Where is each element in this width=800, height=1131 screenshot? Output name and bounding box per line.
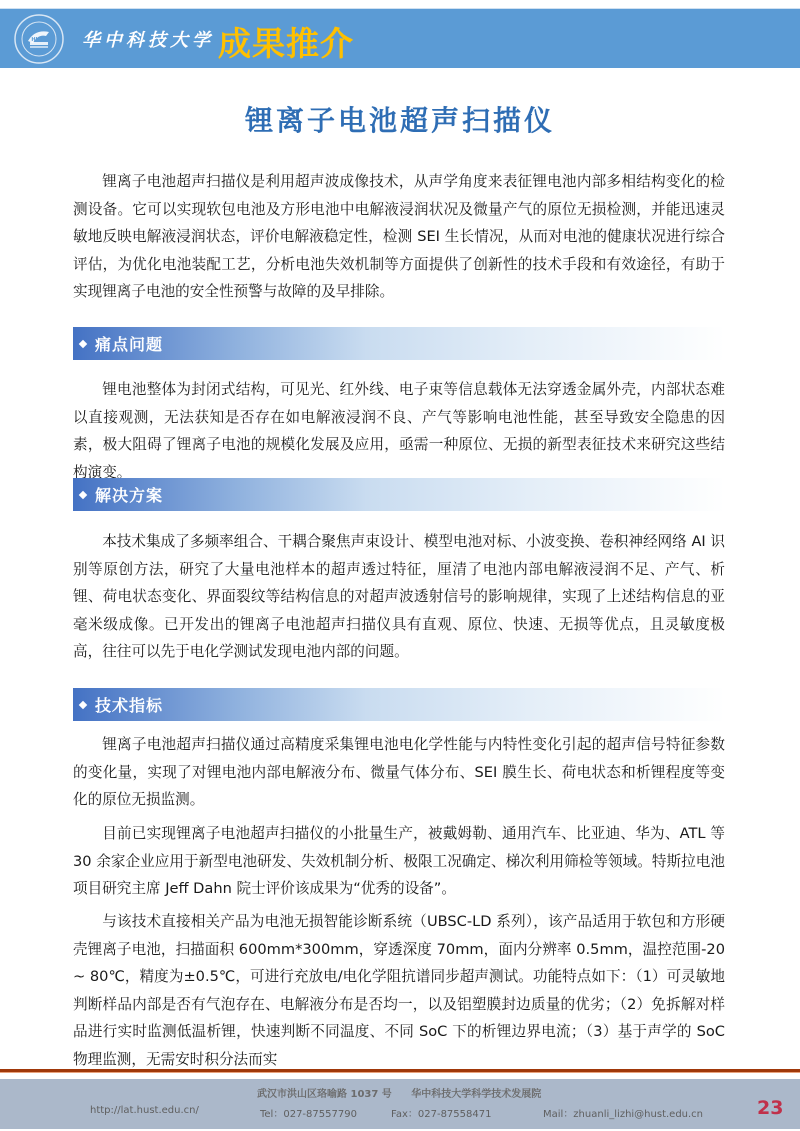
solution-paragraph: 本技术集成了多频率组合、干耦合聚焦声束设计、模型电池对标、小波变换、卷积神经网络… [73, 528, 725, 666]
footer-mail-link[interactable]: Mail：zhuanli_lizhi@hust.edu.cn [543, 1105, 703, 1120]
diamond-bullet-icon [79, 490, 87, 498]
tech-specs-paragraph-3: 与该技术直接相关产品为电池无损智能诊断系统（UBSC-LD 系列），该产品适用于… [73, 908, 725, 1074]
footer-address: 武汉市洪山区珞喻路 1037 号 [257, 1089, 392, 1100]
section-heading-label: 解决方案 [95, 483, 163, 506]
section-heading-tech-specs: 技术指标 [73, 688, 725, 721]
brand-tag: 成果推介 [218, 18, 354, 65]
footer-address-line: 武汉市洪山区珞喻路 1037 号 华中科技大学科学技术发展院 [257, 1085, 541, 1100]
tech-specs-paragraph-1: 锂离子电池超声扫描仪通过高精度采集锂电池电化学性能与内特性变化引起的超声信号特征… [73, 731, 725, 814]
section-heading-pain-points: 痛点问题 [73, 327, 725, 360]
section-heading-label: 痛点问题 [95, 332, 163, 355]
hust-emblem-icon: HUST [13, 13, 65, 65]
diamond-bullet-icon [79, 339, 87, 347]
svg-text:HUST: HUST [31, 37, 47, 43]
footer-website-link[interactable]: http://lat.hust.edu.cn/ [90, 1105, 199, 1116]
diamond-bullet-icon [79, 700, 87, 708]
section-heading-label: 技术指标 [95, 693, 163, 716]
footer-institute: 华中科技大学科学技术发展院 [411, 1089, 541, 1100]
footer: 武汉市洪山区珞喻路 1037 号 华中科技大学科学技术发展院 http://la… [0, 1079, 800, 1129]
page-title: 锂离子电池超声扫描仪 [0, 99, 800, 139]
footer-fax: Fax：027-87558471 [391, 1105, 491, 1120]
header-band: HUST 华中科技大学 成果推介 [0, 8, 800, 68]
footer-tel: Tel：027-87557790 [260, 1105, 357, 1120]
intro-paragraph: 锂离子电池超声扫描仪是利用超声波成像技术，从声学角度来表征锂电池内部多相结构变化… [73, 168, 725, 306]
page-number: 23 [757, 1097, 783, 1119]
pain-points-paragraph: 锂电池整体为封闭式结构，可见光、红外线、电子束等信息载体无法穿透金属外壳，内部状… [73, 376, 725, 486]
university-name: 华中科技大学 [82, 26, 214, 52]
section-heading-solution: 解决方案 [73, 478, 725, 511]
footer-divider [0, 1069, 800, 1072]
tech-specs-paragraph-2: 目前已实现锂离子电池超声扫描仪的小批量生产，被戴姆勒、通用汽车、比亚迪、华为、A… [73, 820, 725, 903]
